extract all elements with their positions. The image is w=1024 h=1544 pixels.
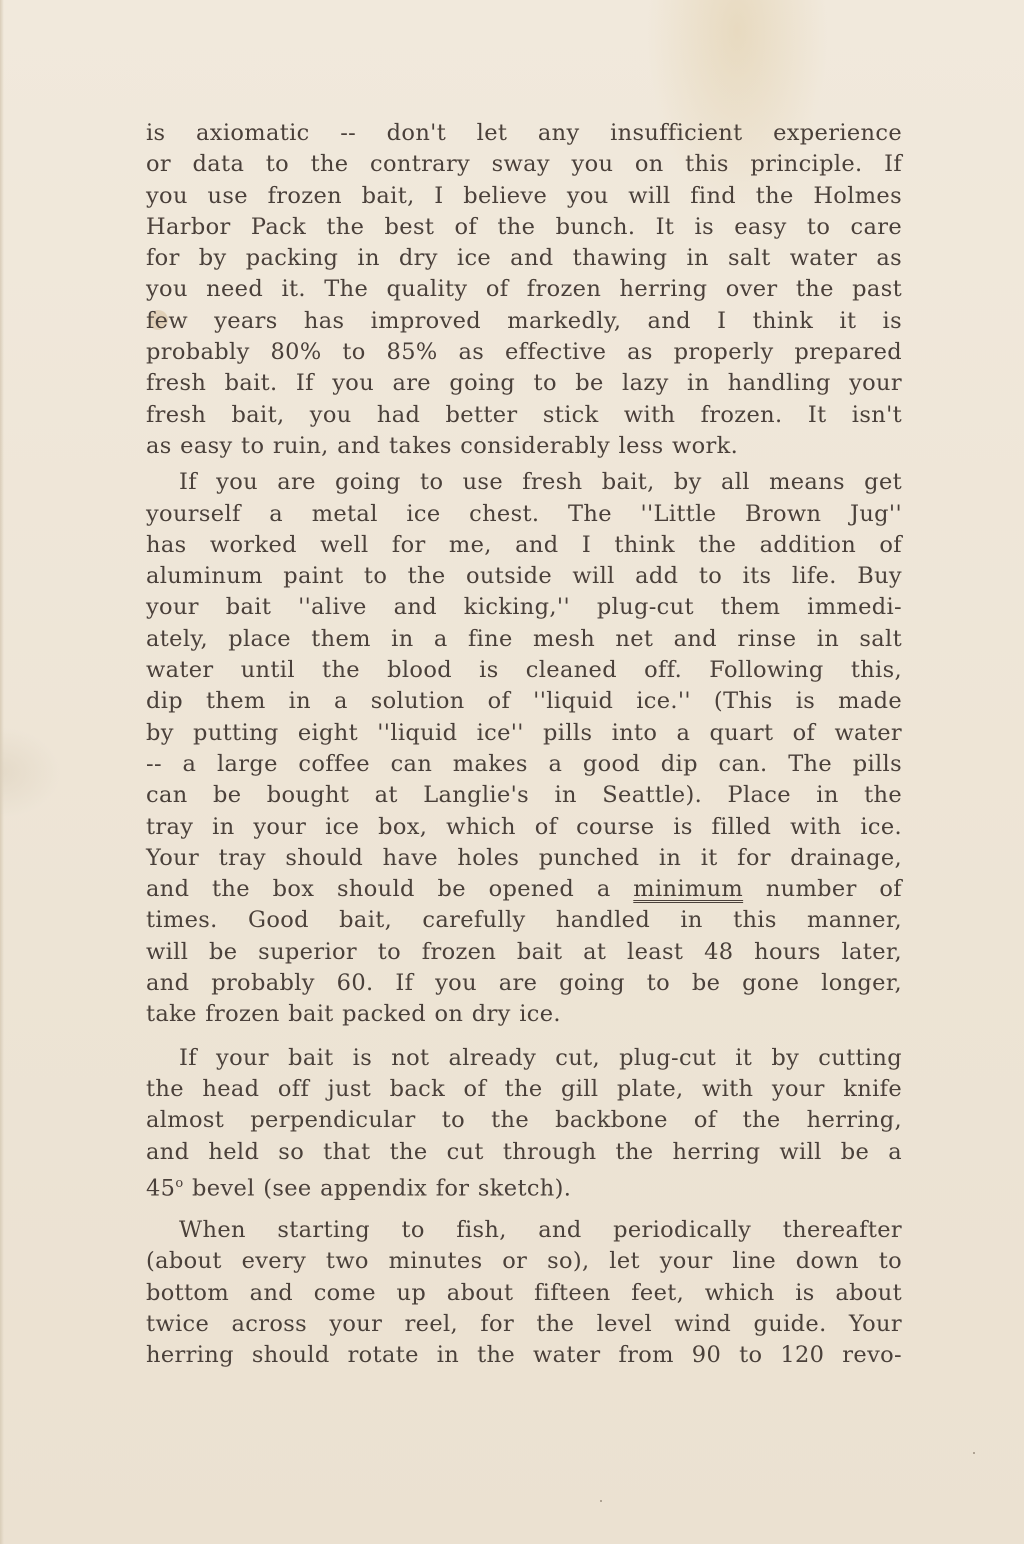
text-line: Harbor Pack the best of the bunch. It is…: [146, 212, 902, 243]
text-line: and probably 60. If you are going to be …: [146, 968, 902, 999]
text-line: aluminum paint to the outside will add t…: [146, 561, 902, 592]
angle-value: 45: [146, 1175, 175, 1201]
text-line: the head off just back of the gill plate…: [146, 1074, 902, 1105]
text-line: is axiomatic -- don't let any insufficie…: [146, 118, 902, 149]
text-segment: number of: [766, 876, 902, 902]
page-body: is axiomatic -- don't let any insufficie…: [146, 118, 902, 1372]
text-line: times. Good bait, carefully handled in t…: [146, 905, 902, 936]
text-line: If you are going to use fresh bait, by a…: [146, 467, 902, 498]
text-line: has worked well for me, and I think the …: [146, 530, 902, 561]
text-line: dip them in a solution of ''liquid ice.'…: [146, 686, 902, 717]
paper-speck: [973, 1452, 975, 1454]
text-line: fresh bait, you had better stick with fr…: [146, 400, 902, 431]
text-line: When starting to fish, and periodically …: [146, 1215, 902, 1246]
text-line: and held so that the cut through the her…: [146, 1137, 902, 1168]
text-line: probably 80% to 85% as effective as prop…: [146, 337, 902, 368]
text-segment: and the box should be opened a: [146, 876, 611, 902]
text-line: -- a large coffee can makes a good dip c…: [146, 749, 902, 780]
text-segment: bevel (see appendix for sketch).: [192, 1175, 571, 1201]
text-line: will be superior to frozen bait at least…: [146, 937, 902, 968]
text-line: bottom and come up about fifteen feet, w…: [146, 1278, 902, 1309]
paper-speck: [600, 1500, 602, 1502]
text-line: can be bought at Langlie's in Seattle). …: [146, 780, 902, 811]
text-line: twice across your reel, for the level wi…: [146, 1309, 902, 1340]
text-line: water until the blood is cleaned off. Fo…: [146, 655, 902, 686]
text-line: you use frozen bait, I believe you will …: [146, 181, 902, 212]
text-line: take frozen bait packed on dry ice.: [146, 999, 902, 1030]
degree-mark: o: [175, 1176, 183, 1191]
text-line: few years has improved markedly, and I t…: [146, 306, 902, 337]
text-line: fresh bait. If you are going to be lazy …: [146, 368, 902, 399]
text-line-with-angle: 45o bevel (see appendix for sketch).: [146, 1168, 902, 1199]
paragraph-fresh-bait: If you are going to use fresh bait, by a…: [146, 467, 902, 1030]
paragraph-plug-cut: If your bait is not already cut, plug-cu…: [146, 1043, 902, 1199]
text-line: herring should rotate in the water from …: [146, 1340, 902, 1371]
paragraph-fishing-technique: When starting to fish, and periodically …: [146, 1215, 902, 1371]
text-line: for by packing in dry ice and thawing in…: [146, 243, 902, 274]
text-line: Your tray should have holes punched in i…: [146, 843, 902, 874]
text-line: as easy to ruin, and takes considerably …: [146, 431, 902, 462]
text-line: tray in your ice box, which of course is…: [146, 812, 902, 843]
underlined-word: minimum: [633, 876, 743, 902]
text-line: you need it. The quality of frozen herri…: [146, 274, 902, 305]
text-line: If your bait is not already cut, plug-cu…: [146, 1043, 902, 1074]
text-line-with-emphasis: and the box should be opened a minimum n…: [146, 874, 902, 905]
paragraph-frozen-bait: is axiomatic -- don't let any insufficie…: [146, 118, 902, 462]
page-left-edge: [0, 0, 4, 1544]
text-line: yourself a metal ice chest. The ''Little…: [146, 499, 902, 530]
text-line: ately, place them in a fine mesh net and…: [146, 624, 902, 655]
text-line: by putting eight ''liquid ice'' pills in…: [146, 718, 902, 749]
text-line: or data to the contrary sway you on this…: [146, 149, 902, 180]
text-line: your bait ''alive and kicking,'' plug-cu…: [146, 592, 902, 623]
text-line: (about every two minutes or so), let you…: [146, 1246, 902, 1277]
text-line: almost perpendicular to the backbone of …: [146, 1105, 902, 1136]
